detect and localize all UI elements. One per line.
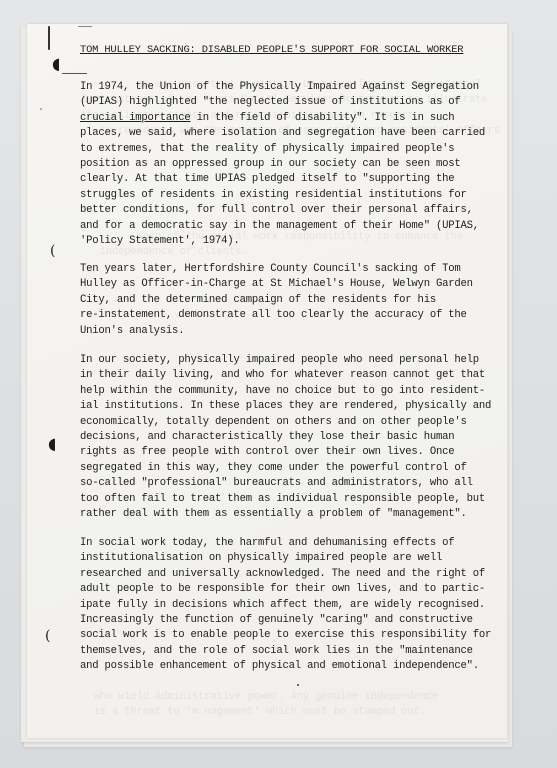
text-line: Union's analysis. [80,324,500,339]
text-line: Hulley as Officer-in-Charge at St Michae… [80,277,500,292]
paragraph-2: Ten years later, Hertfordshire County Co… [80,262,500,339]
text-line: ial institutions. In these places they a… [80,399,500,414]
text-line: in their daily living, and who for whate… [80,368,500,383]
text-line: adult people to be responsible for their… [80,582,500,597]
paragraph-4: In social work today, the harmful and de… [80,536,500,675]
text-line: In social work today, the harmful and de… [80,536,500,551]
text-line: segregated in this way, they come under … [80,461,500,476]
text-line: position as an oppressed group in our so… [80,157,500,172]
text-line: In 1974, the Union of the Physically Imp… [80,80,500,95]
ink-speck [40,108,42,110]
text-line: better conditions, for full control over… [80,203,500,218]
text-line-with-underline: crucial importance in the field of disab… [80,111,500,126]
text-line: ipate fully in decisions which affect th… [80,598,500,613]
text-line: rather deal with them as essentially a p… [80,507,500,522]
text-line: institutionalisation on physically impai… [80,551,500,566]
text-line: help within the community, have no choic… [80,384,500,399]
text-line: Ten years later, Hertfordshire County Co… [80,262,500,277]
bleed-through-text: who wield administrative power. Any genu… [75,690,485,721]
text-line: social work is to enable people to exerc… [80,628,500,643]
text-line: re-instatement, demonstrate all too clea… [80,308,500,323]
text-line-rest: in the field of disability". It is in su… [190,112,454,124]
punch-hole-icon: ◖ [48,434,56,453]
text-line: too often fail to treat them as individu… [80,492,500,507]
text-line: places, we said, where isolation and seg… [80,126,500,141]
text-line: decisions, and characteristically they l… [80,430,500,445]
text-line: rights as free people with control over … [80,445,500,460]
text-line: themselves, and the role of social work … [80,644,500,659]
text-line: City, and the determined campaign of the… [80,293,500,308]
text-line: (UPIAS) highlighted "the neglected issue… [80,95,500,110]
text-line: clearly. At that time UPIAS pledged itse… [80,172,500,187]
page-corner-mark [78,26,92,27]
text-line: and possible enhancement of physical and… [80,659,500,674]
paragraph-1: In 1974, the Union of the Physically Imp… [80,80,500,249]
text-line: struggles of residents in existing resid… [80,188,500,203]
margin-pen-mark [48,26,50,50]
text-line: Increasingly the function of genuinely "… [80,613,500,628]
text-line: In our society, physically impaired peop… [80,353,500,368]
underlined-phrase: crucial importance [80,112,190,124]
punch-hole-icon: ◖ [52,54,60,73]
punch-hole-icon: ( [50,243,55,259]
document-title: TOM HULLEY SACKING: DISABLED PEOPLE'S SU… [80,44,463,56]
text-line: and for a democratic say in the manageme… [80,219,500,234]
text-line: to extremes, that the reality of physica… [80,142,500,157]
text-line: so-called "professional" bureaucrats and… [80,476,500,491]
paragraph-3: In our society, physically impaired peop… [80,353,500,522]
text-line: economically, totally dependent on other… [80,415,500,430]
ink-speck [297,684,299,686]
punch-hole-icon: ( [45,628,50,644]
pen-dash-mark [62,73,87,74]
text-line: 'Policy Statement', 1974). [80,234,500,249]
text-line: researched and universally acknowledged.… [80,567,500,582]
